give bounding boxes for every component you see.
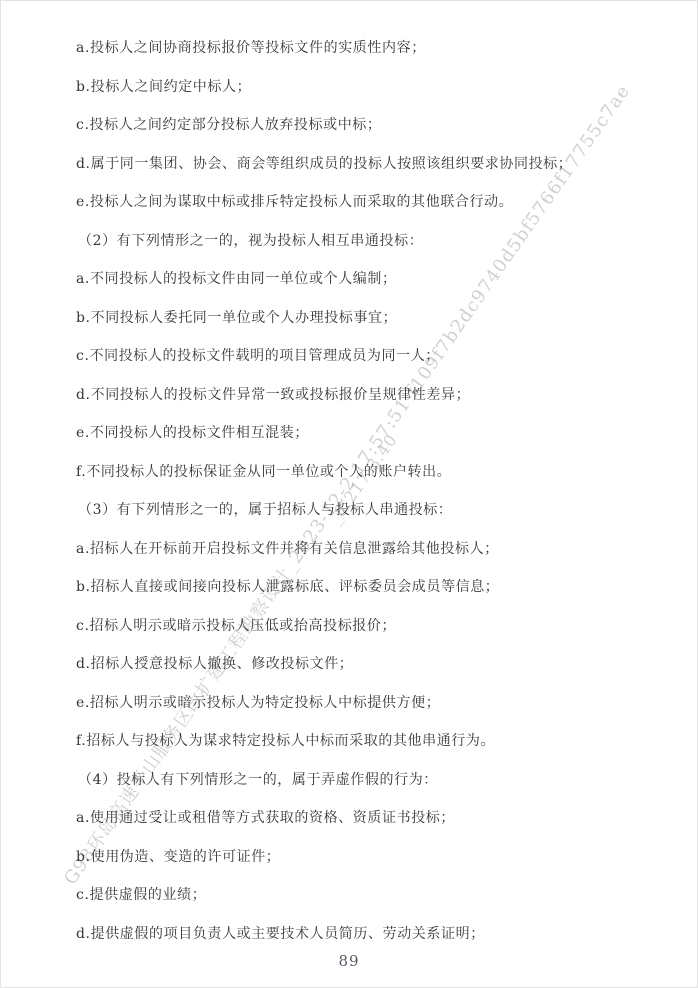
list-item: a.使用通过受让或租借等方式获取的资格、资质证书投标；: [76, 811, 659, 826]
list-item: a.不同投标人的投标文件由同一单位或个人编制；: [76, 272, 659, 287]
list-item: b.使用伪造、变造的许可证件；: [76, 850, 659, 865]
list-item: c.招标人明示或暗示投标人压低或抬高投标报价；: [76, 619, 659, 634]
document-body: a.投标人之间协商投标报价等投标文件的实质性内容；b.投标人之间约定中标人；c.…: [76, 41, 659, 965]
list-item: e.招标人明示或暗示投标人为特定投标人中标提供方便；: [76, 696, 659, 711]
list-item: c.投标人之间约定部分投标人放弃投标或中标；: [76, 118, 659, 133]
list-item: a.投标人之间协商投标报价等投标文件的实质性内容；: [76, 41, 659, 56]
section-heading: （4）投标人有下列情形之一的，属于弄虚作假的行为：: [76, 773, 659, 788]
list-item: e.投标人之间为谋取中标或排斥特定投标人而采取的其他联合行动。: [76, 195, 659, 210]
document-page: G98环岛高速平山服务区改扩建工程勘察设计_2023-12-2 17:57:51…: [0, 0, 698, 988]
list-item: b.不同投标人委托同一单位或个人办理投标事宜；: [76, 311, 659, 326]
list-item: a.招标人在开标前开启投标文件并将有关信息泄露给其他投标人；: [76, 542, 659, 557]
list-item: d.不同投标人的投标文件异常一致或投标报价呈规律性差异；: [76, 388, 659, 403]
list-item: f.招标人与投标人为谋求特定投标人中标而采取的其他串通行为。: [76, 734, 659, 749]
list-item: e.不同投标人的投标文件相互混装；: [76, 426, 659, 441]
list-item: b.招标人直接或间接向投标人泄露标底、评标委员会成员等信息；: [76, 580, 659, 595]
list-item: f.不同投标人的投标保证金从同一单位或个人的账户转出。: [76, 465, 659, 480]
list-item: c.不同投标人的投标文件载明的项目管理成员为同一人；: [76, 349, 659, 364]
list-item: d.招标人授意投标人撤换、修改投标文件；: [76, 657, 659, 672]
list-item: d.提供虚假的项目负责人或主要技术人员简历、劳动关系证明；: [76, 927, 659, 942]
list-item: d.属于同一集团、协会、商会等组织成员的投标人按照该组织要求协同投标；: [76, 157, 659, 172]
section-heading: （3）有下列情形之一的，属于招标人与投标人串通投标：: [76, 503, 659, 518]
list-item: c.提供虚假的业绩；: [76, 888, 659, 903]
list-item: b.投标人之间约定中标人；: [76, 80, 659, 95]
section-heading: （2）有下列情形之一的，视为投标人相互串通投标：: [76, 234, 659, 249]
page-number: 89: [1, 952, 697, 970]
